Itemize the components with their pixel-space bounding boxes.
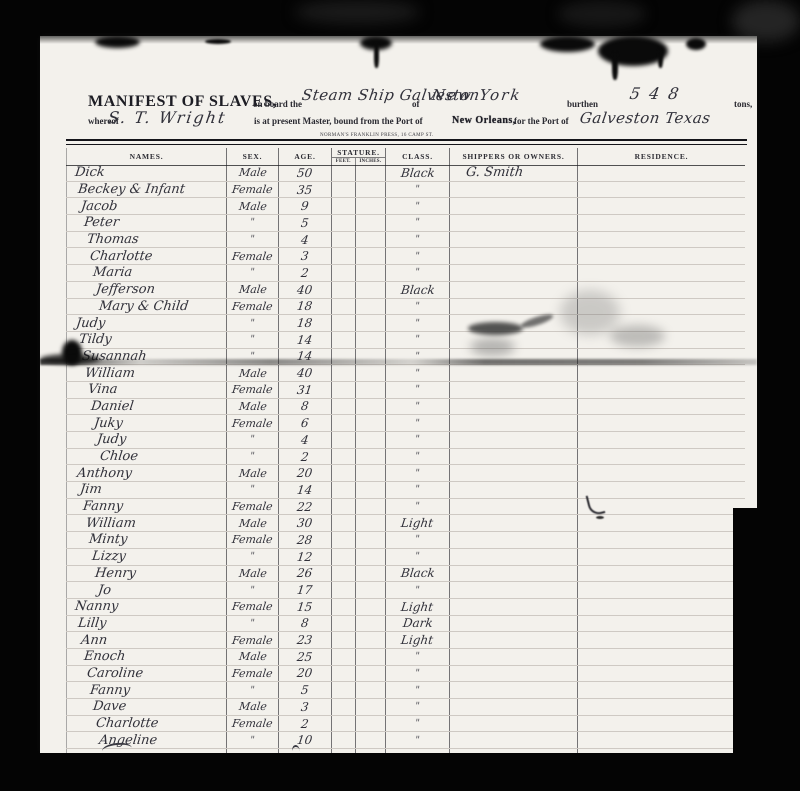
sex-cell-text: Male [238,367,267,380]
inches-cell [356,566,386,582]
ink-smudge [560,290,620,335]
feet-cell [332,482,356,498]
residence-cell [578,566,745,582]
scanner-black-bottom [0,753,800,791]
sex-cell: " [227,332,279,348]
sex-cell-text: Male [238,650,267,663]
table-row: Judy"4" [66,432,745,449]
class-cell-text: " [415,217,421,228]
age-cell-text: 28 [296,533,313,547]
shipper-cell [450,198,578,214]
age-cell: 40 [279,282,332,298]
class-cell: " [386,699,450,715]
sex-cell-text: " [250,267,256,278]
feet-cell [332,432,356,448]
class-cell: Light [386,599,450,615]
col-header-feet: FEET. [332,158,356,165]
table-row: Beckey & InfantFemale35" [66,182,745,199]
sex-cell: Female [227,532,279,548]
age-cell-text: 25 [296,650,313,664]
table-row: CarolineFemale20" [66,666,745,683]
sex-cell: Female [227,182,279,198]
ink-smudge [540,36,595,52]
name-cell: Nanny [66,599,227,615]
residence-cell [578,582,745,598]
sex-cell: Female [227,382,279,398]
name-cell-text: Chloe [99,449,139,464]
burthen-value-handwriting: 548 [628,84,689,103]
class-cell: " [386,649,450,665]
scanner-smudge [295,0,420,24]
class-cell: " [386,315,450,331]
ink-smudge [610,325,665,347]
feet-cell [332,265,356,281]
name-cell-text: William [85,516,137,531]
class-cell-text: Black [400,166,436,180]
name-cell-text: Charlotte [89,249,153,264]
ink-smudge [468,322,523,335]
residence-cell [578,599,745,615]
age-cell-text: 20 [296,466,313,480]
ink-smudge [470,338,515,356]
age-cell: 23 [279,632,332,648]
sex-cell: Male [227,282,279,298]
table-row: Chloe"2" [66,449,745,466]
shipper-cell [450,382,578,398]
shipper-cell: G. Smith [450,165,578,181]
table-row: Maria"2" [66,265,745,282]
sex-cell-text: Male [238,517,267,530]
class-cell: " [386,432,450,448]
feet-cell [332,382,356,398]
inches-cell [356,515,386,531]
residence-cell [578,365,745,381]
class-cell: " [386,666,450,682]
class-cell-text: " [415,735,421,746]
age-cell-text: 4 [300,233,309,247]
sex-cell: Male [227,198,279,214]
name-cell: Caroline [66,666,227,682]
shipper-cell [450,699,578,715]
feet-cell [332,182,356,198]
ink-drip [612,52,618,80]
sex-cell: " [227,265,279,281]
scanner-black-right-step [733,508,800,791]
class-cell: " [386,365,450,381]
age-cell-text: 3 [300,700,309,714]
table-row: AnthonyMale20" [66,465,745,482]
name-cell-text: Charlotte [95,716,159,731]
age-cell: 2 [279,265,332,281]
name-cell-text: Juky [93,416,124,431]
shipper-cell-text: G. Smith [465,165,524,180]
home-port-handwriting: New York [431,86,523,104]
class-cell-text: Light [401,600,435,614]
sex-cell: " [227,682,279,698]
residence-cell [578,732,745,748]
table-row: Lizzy"12" [66,549,745,566]
class-cell-text: " [415,484,421,495]
shipper-cell [450,649,578,665]
name-cell-text: Tildy [78,332,112,347]
inches-cell [356,532,386,548]
residence-cell [578,165,745,181]
shipper-cell [450,248,578,264]
sex-cell-text: Female [231,417,273,430]
name-cell: Chloe [66,449,227,465]
feet-cell [332,616,356,632]
sex-cell-text: Female [231,600,273,613]
class-cell: " [386,732,450,748]
age-cell: 14 [279,482,332,498]
age-cell: 5 [279,215,332,231]
shipper-cell [450,399,578,415]
inches-cell [356,599,386,615]
table-row: WilliamMale40" [66,365,745,382]
ink-drip [658,48,663,68]
age-cell-text: 26 [296,566,313,580]
sex-cell-text: Female [231,667,273,680]
ink-smudge [40,354,100,364]
table-body: DickMale50BlackG. SmithBeckey & InfantFe… [66,165,745,753]
age-cell: 18 [279,299,332,315]
name-cell-text: Judy [96,432,127,447]
residence-cell [578,232,745,248]
sex-cell-text: " [250,434,256,445]
sex-cell-text: " [250,484,256,495]
name-cell: Charlotte [66,248,227,264]
age-cell: 20 [279,666,332,682]
age-cell: 2 [279,716,332,732]
feet-cell [332,299,356,315]
inches-cell [356,182,386,198]
shipper-cell [450,465,578,481]
table-row: EnochMale25" [66,649,745,666]
class-cell-text: " [415,234,421,245]
class-cell-text: Black [400,566,436,580]
sex-cell: " [227,232,279,248]
name-cell-text: Henry [94,566,137,581]
burthen-label: burthen [567,99,598,109]
sex-cell: " [227,549,279,565]
col-header-stature: STATURE. FEET. INCHES. [332,148,386,165]
class-cell: " [386,716,450,732]
class-cell: " [386,582,450,598]
age-cell-text: 35 [296,183,313,197]
class-cell: Light [386,632,450,648]
class-cell-text: " [415,251,421,262]
class-cell: " [386,332,450,348]
age-cell-text: 2 [300,450,309,464]
age-cell-text: 18 [296,299,313,313]
table-row: VinaFemale31" [66,382,745,399]
table-row: Fanny"5" [66,682,745,699]
table-row: Jim"14" [66,482,745,499]
shipper-cell [450,582,578,598]
class-cell-text: " [415,585,421,596]
destination-handwriting: Galveston Texas [579,109,712,127]
age-cell-text: 6 [300,416,309,430]
sex-cell-text: Female [231,183,273,196]
residence-cell [578,382,745,398]
name-cell-text: Lilly [77,616,107,631]
name-cell: Jo [66,582,227,598]
inches-cell [356,265,386,281]
residence-cell [578,532,745,548]
name-cell: Anthony [66,465,227,481]
sex-cell-text: " [250,685,256,696]
class-cell-text: " [415,534,421,545]
sex-cell-text: " [250,618,256,629]
feet-cell [332,699,356,715]
shipper-cell [450,566,578,582]
sex-cell-text: " [250,451,256,462]
age-cell-text: 20 [296,666,313,680]
sex-cell-text: Male [238,400,267,413]
age-cell: 40 [279,365,332,381]
residence-cell [578,482,745,498]
class-cell: Black [386,282,450,298]
residence-cell [578,198,745,214]
sex-cell: " [227,432,279,448]
name-cell: Dick [66,165,227,181]
name-cell: Judy [66,432,227,448]
sex-cell: " [227,582,279,598]
table-row: AnnFemale23Light [66,632,745,649]
name-cell: Juky [66,415,227,431]
age-cell: 8 [279,399,332,415]
sex-cell: Male [227,465,279,481]
age-cell: 15 [279,599,332,615]
sex-cell-text: Female [231,383,273,396]
col-header-names: NAMES. [66,148,227,165]
name-cell: Thomas [66,232,227,248]
residence-cell [578,649,745,665]
sex-cell-text: " [250,585,256,596]
age-cell: 8 [279,616,332,632]
age-cell-text: 31 [296,383,313,397]
sex-cell: " [227,616,279,632]
sex-cell: Male [227,699,279,715]
sex-cell-text: Female [231,500,273,513]
residence-cell [578,682,745,698]
name-cell: Dave [66,699,227,715]
age-cell: 6 [279,415,332,431]
shipper-cell [450,632,578,648]
feet-cell [332,165,356,181]
sex-cell: " [227,449,279,465]
table-row: Peter"5" [66,215,745,232]
age-cell-text: 5 [300,683,309,697]
age-cell: 22 [279,499,332,515]
age-cell: 18 [279,315,332,331]
name-cell-text: Lizzy [91,549,127,564]
printer-imprint: NORMAN'S FRANKLIN PRESS, 16 CAMP ST. [320,133,434,138]
sex-cell-text: Male [238,567,267,580]
name-cell: William [66,515,227,531]
scan-background: MANIFEST OF SLAVES, on board the Steam S… [0,0,800,791]
age-cell: 26 [279,566,332,582]
residence-cell [578,415,745,431]
feet-cell [332,215,356,231]
name-cell-text: Jefferson [95,282,156,297]
residence-cell [578,215,745,231]
class-cell-text: " [415,501,421,512]
age-cell-text: 2 [300,717,309,731]
feet-cell [332,198,356,214]
age-cell: 9 [279,198,332,214]
age-cell-text: 9 [300,199,309,213]
class-cell-text: Black [400,283,436,297]
class-cell: " [386,549,450,565]
table-row: Lilly"8Dark [66,616,745,633]
name-cell-text: Jo [97,583,112,598]
name-cell-text: Nanny [74,599,119,614]
fold-seam [40,359,757,365]
table-row: JeffersonMale40Black [66,282,745,299]
name-cell-text: Peter [83,215,120,230]
class-cell-text: " [415,401,421,412]
from-port-printed: New Orleans, [452,115,516,126]
name-cell: Jacob [66,198,227,214]
name-cell-text: Minty [88,532,128,547]
class-cell: " [386,482,450,498]
name-cell-text: Jim [79,482,103,497]
inches-cell [356,649,386,665]
name-cell: Charlotte [66,716,227,732]
document-page: MANIFEST OF SLAVES, on board the Steam S… [40,36,757,753]
class-cell: " [386,182,450,198]
sex-cell: Female [227,299,279,315]
of-label: of [412,99,420,109]
sex-cell-text: Male [238,166,267,179]
sex-cell: Female [227,248,279,264]
table-row: Angeline"10" [66,732,745,749]
age-cell: 10 [279,732,332,748]
residence-cell [578,549,745,565]
feet-cell [332,515,356,531]
sex-cell-text: " [250,217,256,228]
name-cell-text: Dave [92,699,127,714]
shipper-cell [450,616,578,632]
class-cell: " [386,198,450,214]
class-cell: " [386,382,450,398]
shipper-cell [450,232,578,248]
sex-cell: Male [227,566,279,582]
name-cell: Minty [66,532,227,548]
shipper-cell [450,265,578,281]
sex-cell: Female [227,632,279,648]
for-port-label: for the Port of [514,116,569,126]
name-cell: Henry [66,566,227,582]
table-row: DickMale50BlackG. Smith [66,165,745,182]
name-cell-text: Enoch [83,649,126,664]
table-row: Mary & ChildFemale18" [66,299,745,316]
name-cell-text: Ann [80,633,108,648]
shipper-cell [450,432,578,448]
shipper-cell [450,732,578,748]
master-name-handwriting: S. T. Wright [107,108,228,127]
name-cell-text: Maria [92,265,133,280]
age-cell-text: 40 [296,283,313,297]
on-board-label: on board the [253,99,302,109]
shipper-cell [450,682,578,698]
table-row: DaveMale3" [66,699,745,716]
table-row: Jo"17" [66,582,745,599]
class-cell: " [386,215,450,231]
feet-cell [332,365,356,381]
class-cell-text: " [415,551,421,562]
sex-cell-text: Male [238,700,267,713]
sex-cell: Female [227,415,279,431]
feet-cell [332,666,356,682]
residence-cell [578,465,745,481]
name-cell-text: Fanny [89,683,131,698]
shipper-cell [450,716,578,732]
feet-cell [332,582,356,598]
age-cell: 35 [279,182,332,198]
class-cell: " [386,415,450,431]
name-cell-text: Daniel [90,399,134,414]
sex-cell-text: Female [231,634,273,647]
inches-cell [356,315,386,331]
class-cell: " [386,265,450,281]
sex-cell: Male [227,649,279,665]
col-header-sex: SEX. [227,148,279,165]
sex-cell: Female [227,666,279,682]
tons-label: tons, [734,99,752,109]
inches-cell [356,582,386,598]
name-cell-text: Dick [74,165,106,180]
inches-cell [356,465,386,481]
age-cell-text: 2 [300,266,309,280]
age-cell-text: 14 [296,483,313,497]
age-cell: 28 [279,532,332,548]
class-cell-text: " [415,334,421,345]
sex-cell: Male [227,165,279,181]
feet-cell [332,599,356,615]
feet-cell [332,649,356,665]
class-cell-text: Light [401,516,435,530]
shipper-cell [450,532,578,548]
feet-cell [332,232,356,248]
class-cell-text: " [415,184,421,195]
class-cell-text: " [415,434,421,445]
inches-cell [356,415,386,431]
name-cell-text: Mary & Child [98,299,189,314]
name-cell: Vina [66,382,227,398]
age-cell-text: 17 [296,583,313,597]
name-cell: Angeline [66,732,227,748]
name-cell: Jefferson [66,282,227,298]
shipper-cell [450,365,578,381]
feet-cell [332,716,356,732]
inches-cell [356,449,386,465]
residence-cell [578,399,745,415]
inches-cell [356,198,386,214]
name-cell-text: Vina [87,382,118,397]
inches-cell [356,549,386,565]
sex-cell: Male [227,515,279,531]
sex-cell: " [227,732,279,748]
class-cell-text: " [415,668,421,679]
age-cell: 17 [279,582,332,598]
table-row: JukyFemale6" [66,415,745,432]
inches-cell [356,365,386,381]
class-cell-text: " [415,384,421,395]
residence-cell [578,449,745,465]
sex-cell: Male [227,399,279,415]
